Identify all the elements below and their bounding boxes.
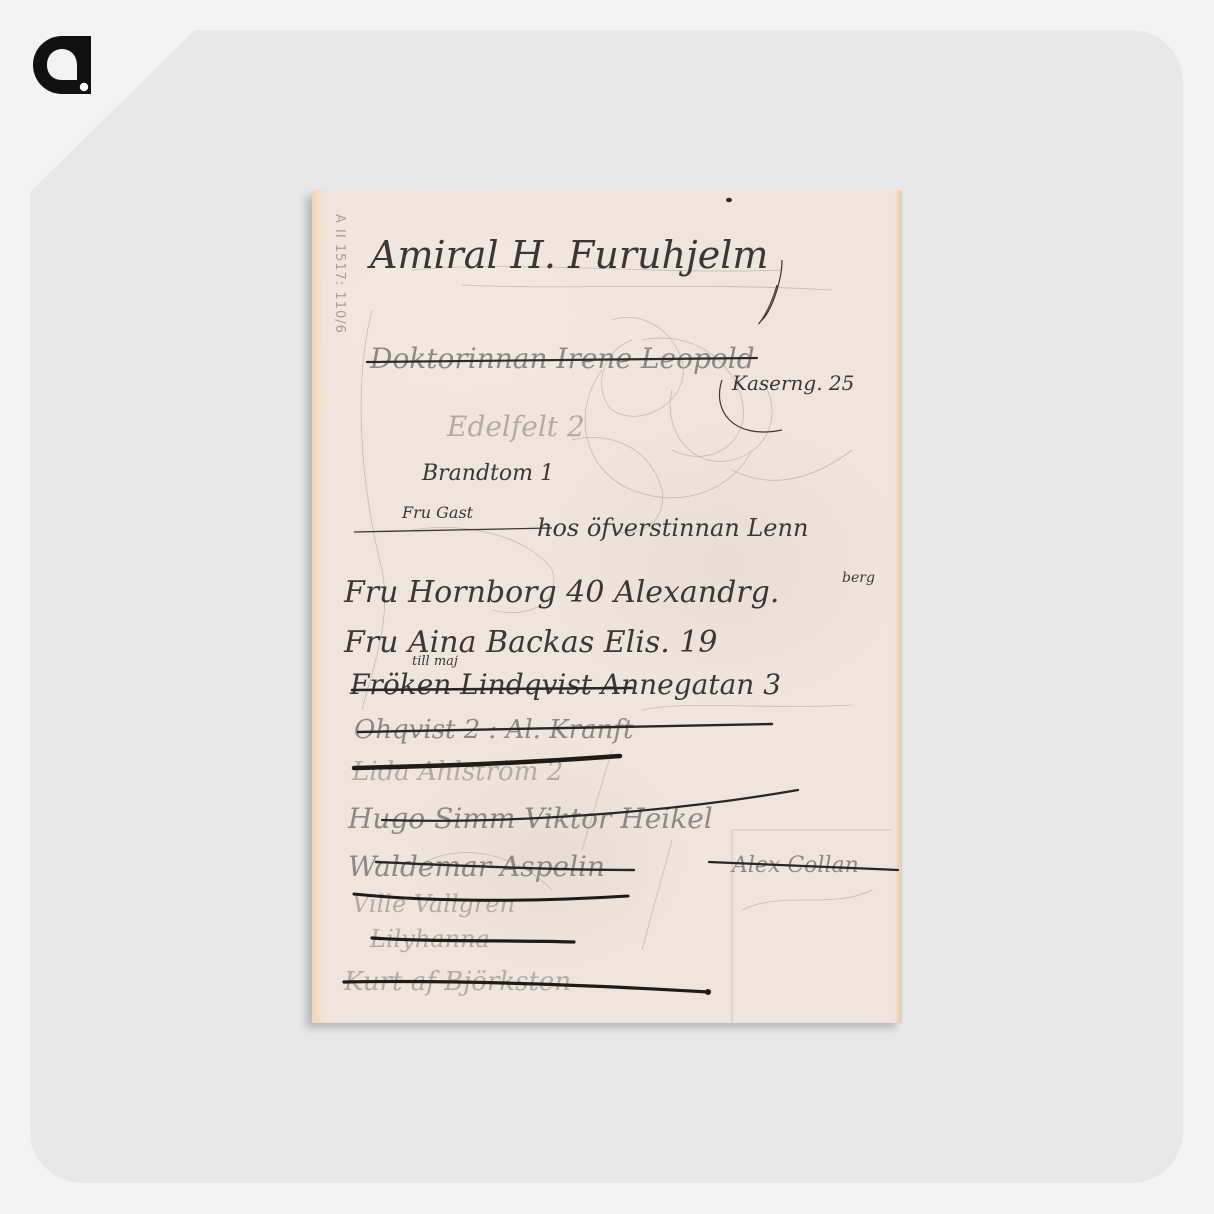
line-brandtom: Brandtom 1 xyxy=(421,461,554,486)
line-till-maj: till maj xyxy=(412,654,458,669)
line-fru-aina-backas: Fru Aina Backas Elis. 19 xyxy=(343,625,717,660)
line-fru-hornborg: Fru Hornborg 40 Alexandrg. xyxy=(343,575,779,610)
line-fru-gast: Fru Gast xyxy=(401,503,474,522)
artwork-postcard[interactable]: A II 1517: 110/6 Amiral H. Furuhjelm xyxy=(312,190,902,1023)
line-froken-lindqvist: Fröken Lindqvist Annegatan 3 xyxy=(349,668,781,701)
line-hos-ofverstinnan: hos öfverstinnan Lenn xyxy=(537,514,808,542)
line-amiral: Amiral H. Furuhjelm xyxy=(367,233,768,277)
brand-logo-icon xyxy=(33,36,91,94)
line-ville-vallgren: Ville Vallgren xyxy=(352,890,515,918)
line-kaserng: Kaserng. 25 xyxy=(731,371,854,395)
line-edelfelt: Edelfelt 2 xyxy=(446,410,585,443)
manuscript-handwriting: Amiral H. Furuhjelm Doktorinnan Irene Le… xyxy=(312,190,902,1023)
brand-logo[interactable] xyxy=(33,36,91,94)
line-berg: berg xyxy=(842,570,875,586)
